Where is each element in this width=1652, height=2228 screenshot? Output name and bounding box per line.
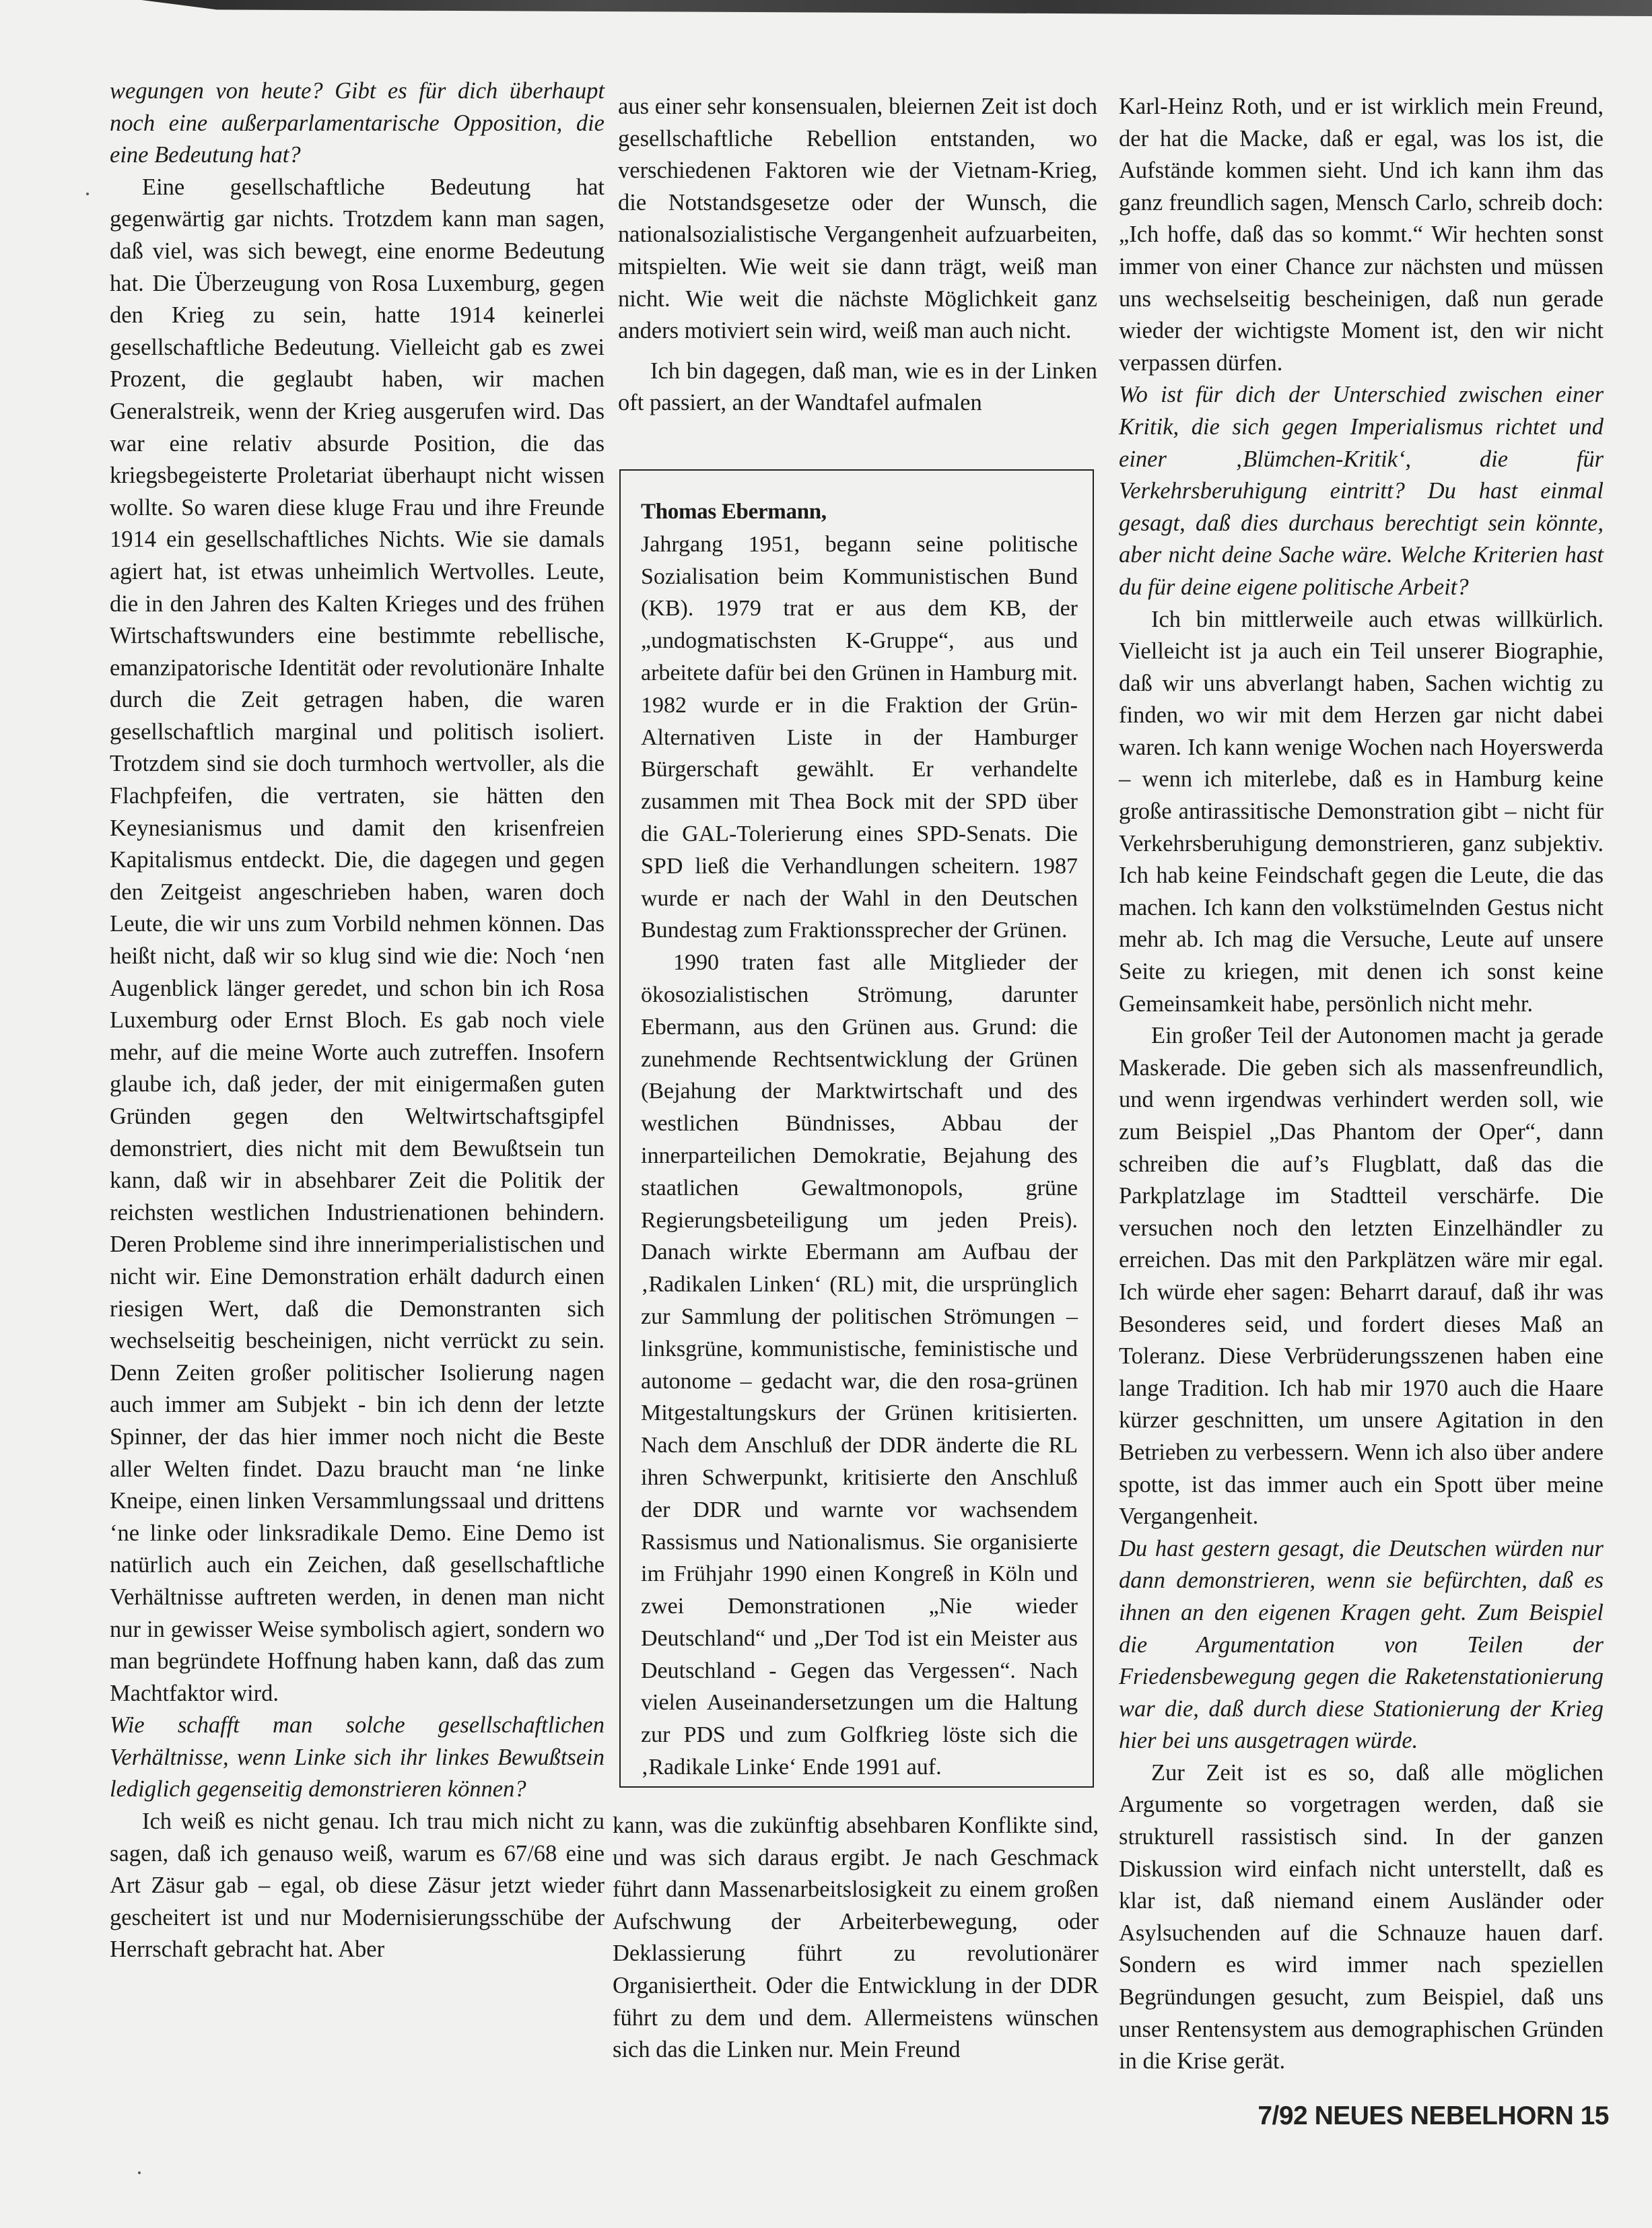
page-footer-issue-and-page-number: 7/92 NEUES NEBELHORN 15: [1144, 2101, 1609, 2131]
interview-question: Wie schafft man solche gesellschaftliche…: [110, 1710, 605, 1806]
interview-question: wegungen von heute? Gibt es für dich übe…: [110, 75, 605, 172]
bio-paragraph: 1990 traten fast alle Mitglieder der öko…: [641, 947, 1078, 1784]
interview-answer-continued: kann, was die zukünftig absehbaren Konfl…: [613, 1810, 1099, 2066]
interview-answer: Ein großer Teil der Autonomen macht ja g…: [1119, 1020, 1604, 1533]
interview-answer: Zur Zeit ist es so, daß alle möglichen A…: [1119, 1757, 1604, 2078]
left-column: wegungen von heute? Gibt es für dich übe…: [110, 75, 605, 1966]
interview-answer: Ich bin mittlerweile auch etwas willkürl…: [1119, 604, 1604, 1021]
middle-column-top: aus einer sehr konsensualen, bleiernen Z…: [618, 91, 1097, 419]
interview-answer: Ich bin dagegen, daß man, wie es in der …: [618, 356, 1097, 419]
bio-sidebar-box: Thomas Ebermann, Jahrgang 1951, begann s…: [619, 469, 1094, 1788]
scan-speck: [86, 193, 89, 195]
interview-question: Wo ist für dich der Unterschied zwischen…: [1119, 379, 1604, 603]
interview-answer: Ich weiß es nicht genau. Ich trau mich n…: [110, 1806, 605, 1966]
bio-paragraph: Jahrgang 1951, begann seine politische S…: [641, 529, 1078, 947]
interview-answer-continued: Karl-Heinz Roth, und er ist wirklich mei…: [1119, 91, 1604, 379]
interview-answer: Eine gesellschaftliche Bedeutung hat geg…: [110, 172, 605, 1710]
right-column: Karl-Heinz Roth, und er ist wirklich mei…: [1119, 91, 1604, 2078]
interview-question: Du hast gestern gesagt, die Deutschen wü…: [1119, 1533, 1604, 1757]
scan-top-edge: [141, 0, 1652, 16]
bio-name: Thomas Ebermann,: [641, 496, 1078, 529]
middle-column-bottom: kann, was die zukünftig absehbaren Konfl…: [613, 1810, 1099, 2066]
scan-speck: [138, 2171, 141, 2174]
interview-answer-continued: aus einer sehr konsensualen, bleiernen Z…: [618, 91, 1097, 347]
